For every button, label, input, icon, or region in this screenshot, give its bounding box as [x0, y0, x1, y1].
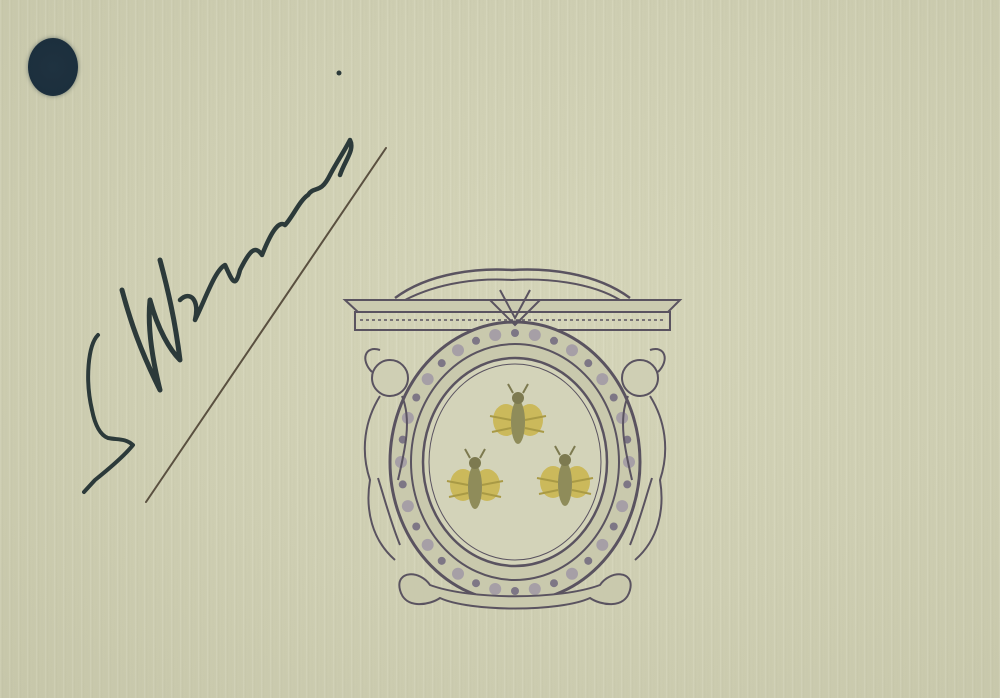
- signature: [84, 71, 386, 503]
- crest: [345, 270, 680, 609]
- artwork: [0, 0, 1000, 698]
- scanned-document: G Marconi Three golden bees: [0, 0, 1000, 698]
